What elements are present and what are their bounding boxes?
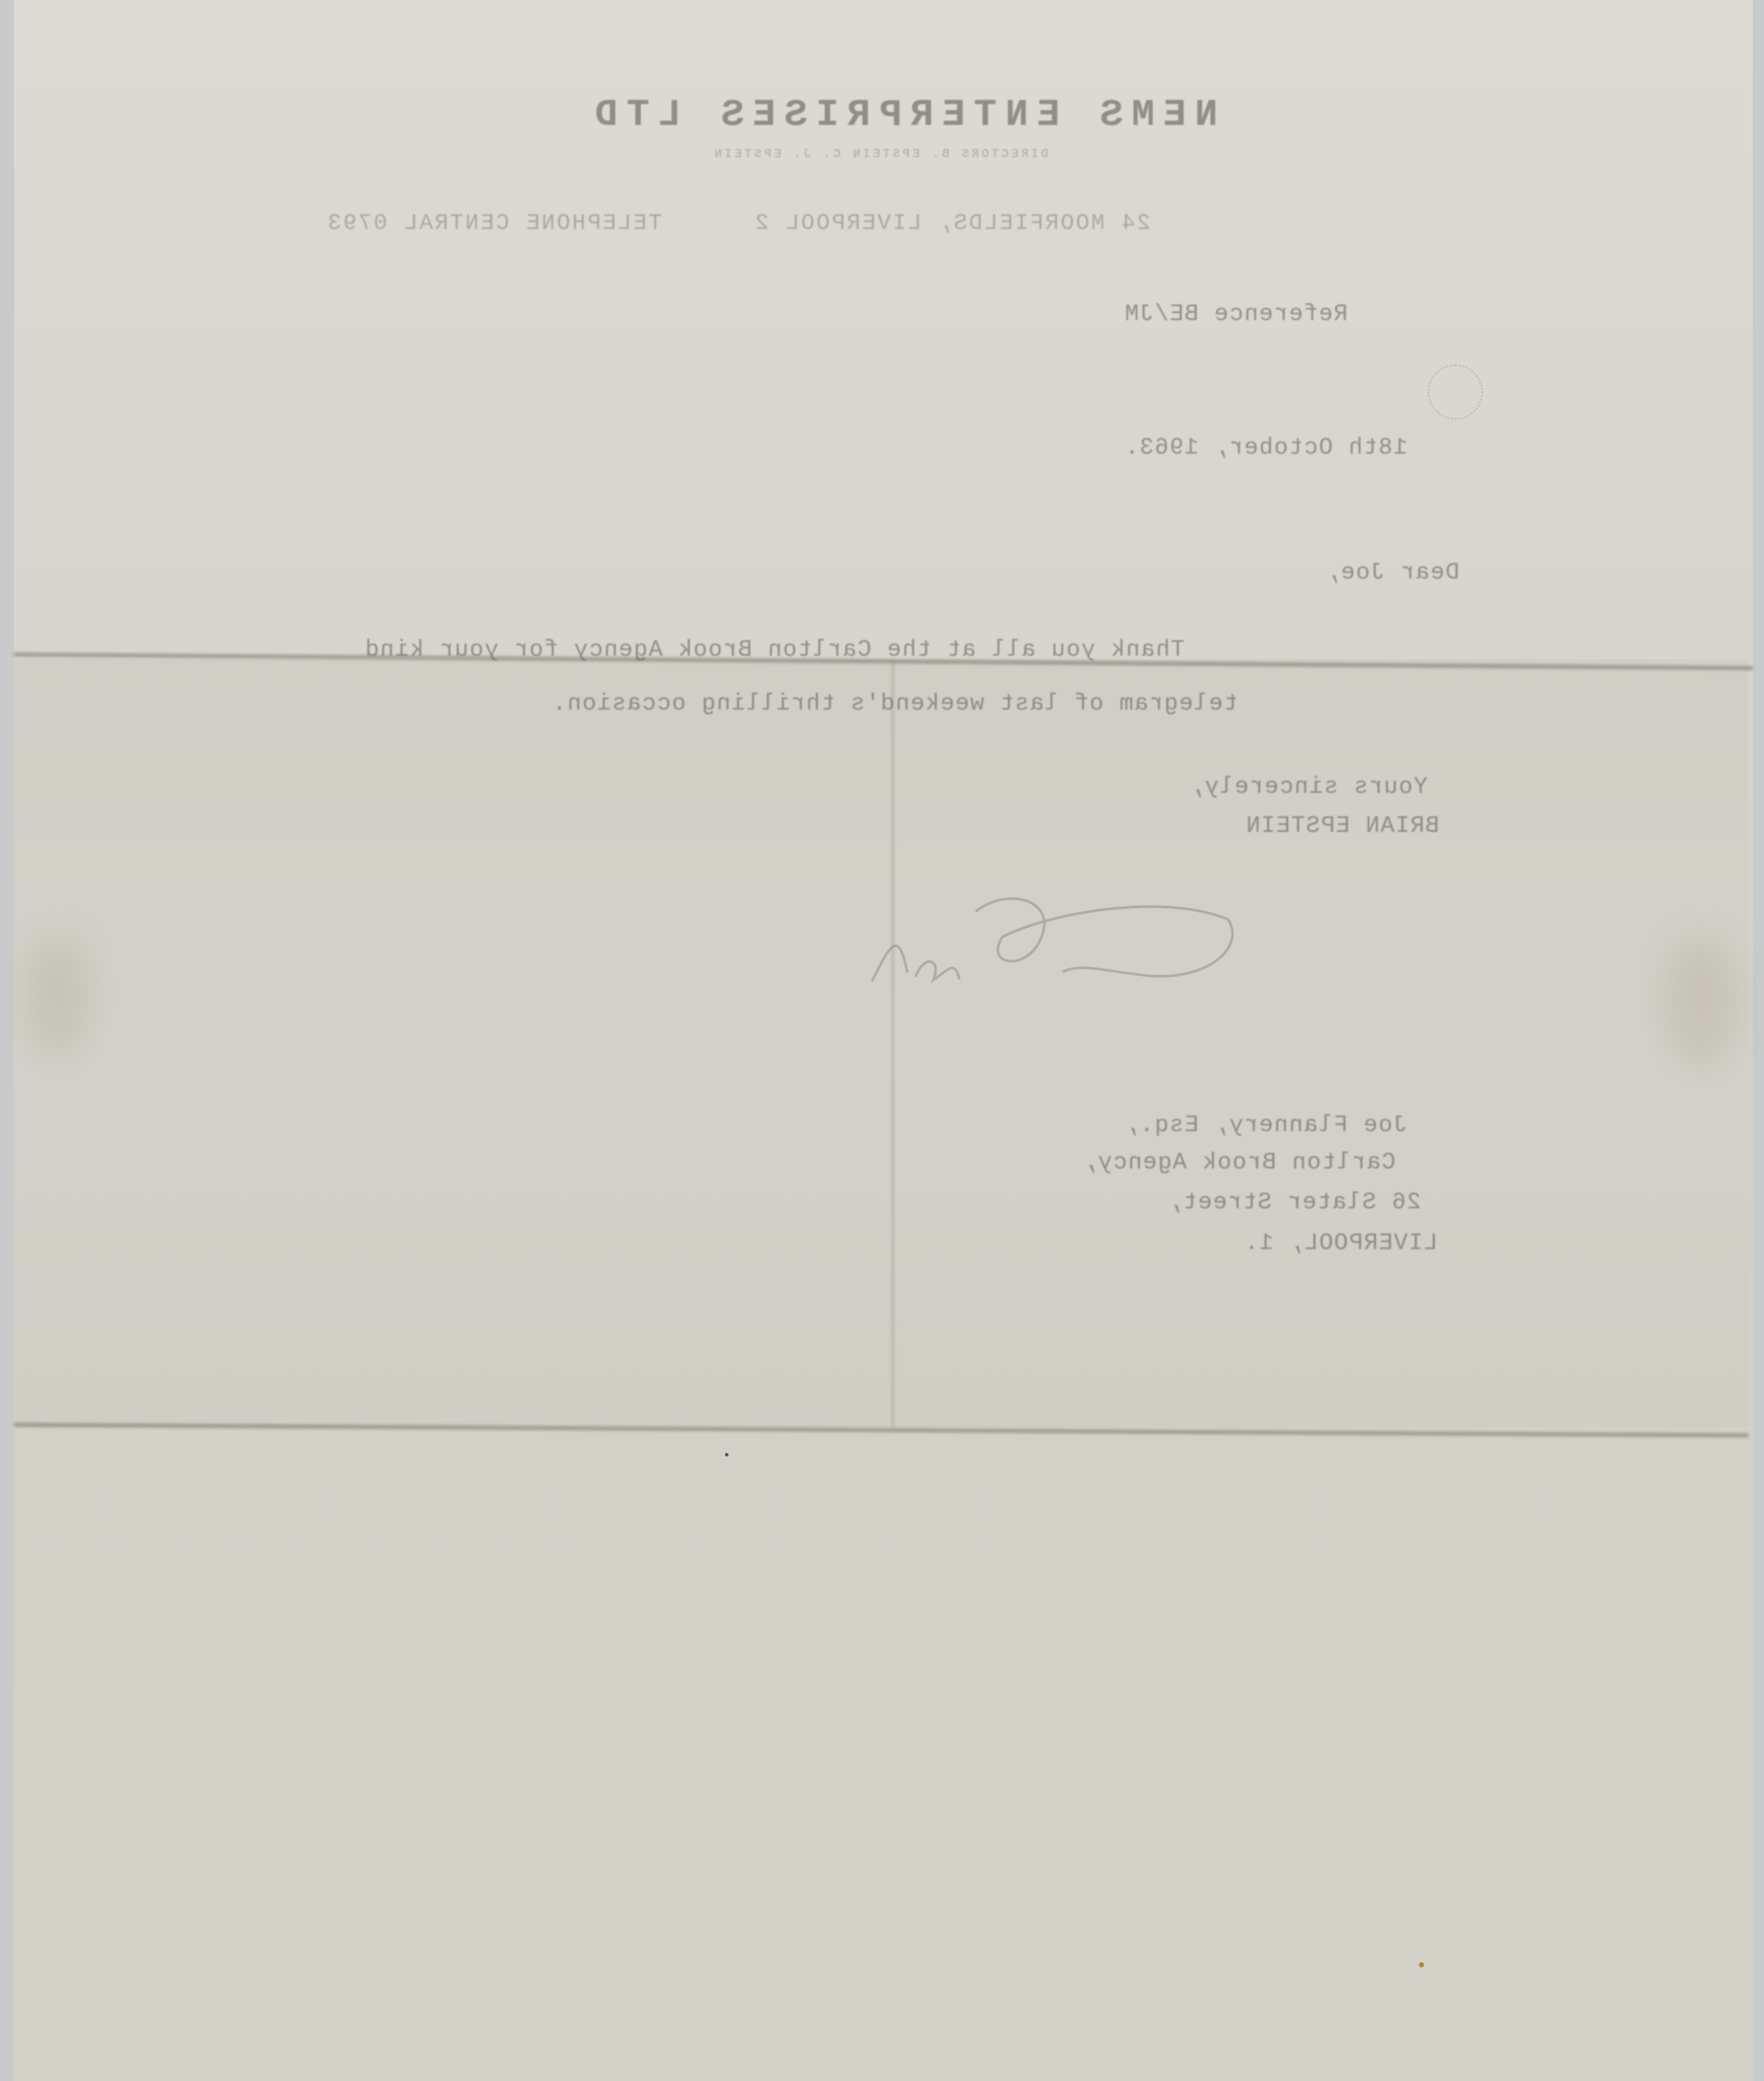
stain: [1662, 937, 1740, 1067]
embossed-seal: [1428, 364, 1483, 420]
paper-speck: [1419, 1962, 1424, 1967]
body-line-2: telegram of last weekend's thrilling occ…: [552, 691, 1238, 717]
reference: Reference BE/JM: [1124, 302, 1348, 328]
recipient-line-2: Carlton Brook Agency,: [1082, 1150, 1395, 1176]
recipient-line-3: 26 Slater Street,: [1167, 1190, 1421, 1216]
sender-name: BRIAN EPSTEIN: [1245, 814, 1440, 840]
body-line-1: Thank you all at the Carlton Brook Agenc…: [364, 638, 1185, 664]
signature-icon: [864, 876, 1245, 1006]
middle-fold-panel: [14, 659, 1748, 1427]
recipient-line-1: Joe Flannery, Esq.,: [1124, 1113, 1408, 1139]
fold-crease-vertical: [892, 659, 894, 1427]
salutation: Dear Joe,: [1325, 560, 1460, 586]
letterhead-directors: DIRECTORS B. EPSTEIN C. J. EPSTEIN: [712, 147, 1049, 161]
letter-date: 18th October, 1963.: [1124, 435, 1408, 461]
letterhead-company: NEMS ENTERPRISES LTD: [586, 94, 1218, 137]
letterhead-address: 24 MOORFIELDS, LIVERPOOL 2 TELEPHONE CEN…: [326, 210, 1151, 236]
paper-speck: [725, 1453, 728, 1456]
closing: Yours sincerely,: [1189, 775, 1428, 801]
letter-paper: NEMS ENTERPRISES LTD DIRECTORS B. EPSTEI…: [14, 0, 1753, 2081]
stain: [23, 937, 92, 1058]
recipient-line-4: LIVERPOOL, 1.: [1244, 1231, 1438, 1257]
